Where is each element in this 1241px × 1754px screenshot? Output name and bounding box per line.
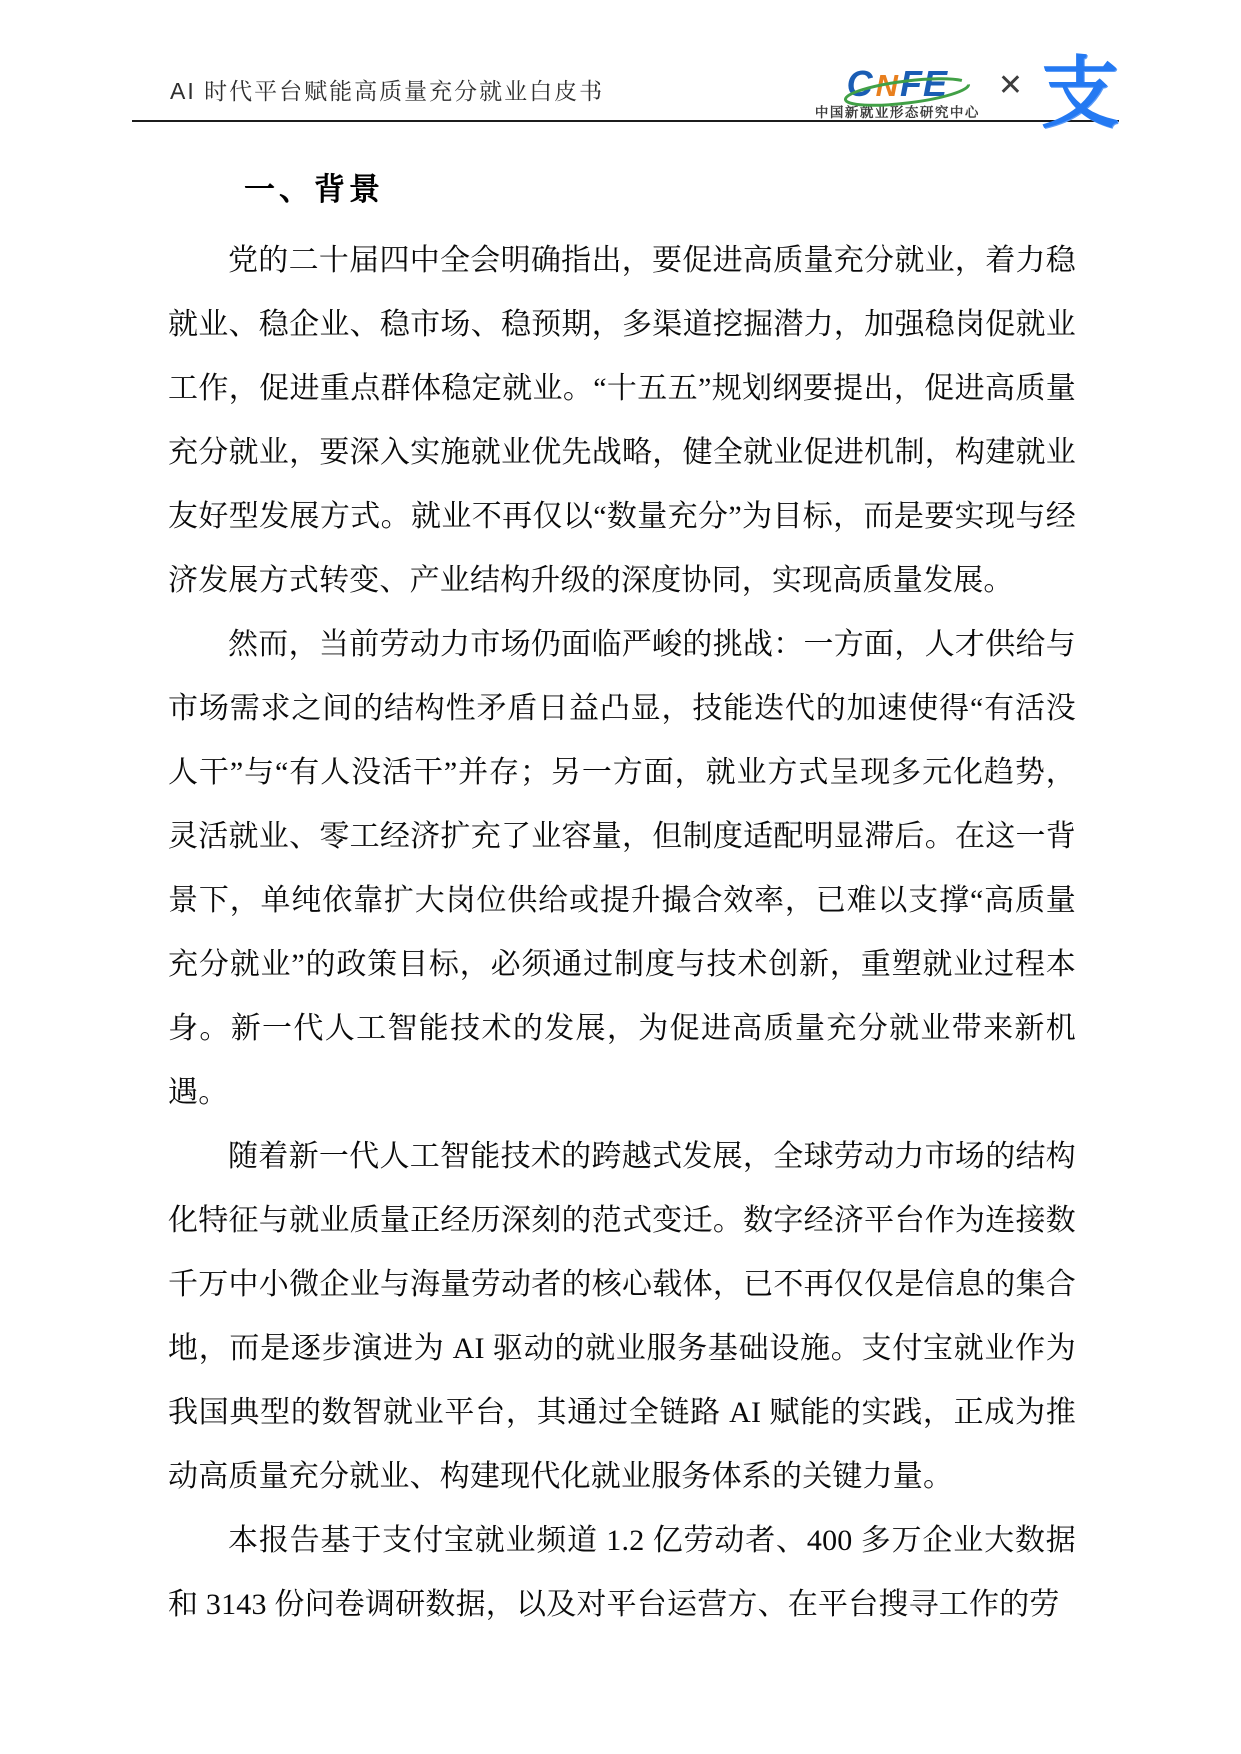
- cnfe-letters-fe: FE: [900, 66, 948, 102]
- page-number: 1: [615, 1592, 626, 1616]
- cnfe-logo: C N FE 中国新就业形态研究中心: [815, 66, 980, 120]
- cnfe-letter-c: C: [847, 66, 874, 102]
- paragraph: 本报告基于支付宝就业频道 1.2 亿劳动者、400 多万企业大数据和 3143 …: [168, 1509, 1076, 1637]
- paragraph: 随着新一代人工智能技术的跨越式发展，全球劳动力市场的结构化特征与就业质量正经历深…: [168, 1125, 1076, 1509]
- cross-separator-icon: ✕: [996, 68, 1025, 117]
- alipay-logo-icon: 支: [1041, 56, 1119, 130]
- paragraph: 然而，当前劳动力市场仍面临严峻的挑战：一方面，人才供给与市场需求之间的结构性矛盾…: [168, 613, 1076, 1125]
- page-footer: 1: [0, 1592, 1241, 1617]
- document-page: AI 时代平台赋能高质量充分就业白皮书 C N FE 中国新就业形态研究中心 ✕…: [0, 0, 1241, 1754]
- cnfe-figure-icon: N: [876, 70, 898, 101]
- page-header: AI 时代平台赋能高质量充分就业白皮书 C N FE 中国新就业形态研究中心 ✕…: [132, 48, 1119, 122]
- page-body: 一、背景 党的二十届四中全会明确指出，要促进高质量充分就业，着力稳就业、稳企业、…: [168, 150, 1076, 1637]
- paragraph: 党的二十届四中全会明确指出，要促进高质量充分就业，着力稳就业、稳企业、稳市场、稳…: [168, 229, 1076, 613]
- section-title: 一、背景: [244, 164, 1076, 209]
- header-logo-group: C N FE 中国新就业形态研究中心 ✕ 支: [815, 56, 1119, 130]
- cnfe-wordmark: C N FE: [847, 66, 948, 102]
- header-doc-title: AI 时代平台赋能高质量充分就业白皮书: [132, 73, 604, 114]
- cnfe-subtitle: 中国新就业形态研究中心: [815, 106, 980, 120]
